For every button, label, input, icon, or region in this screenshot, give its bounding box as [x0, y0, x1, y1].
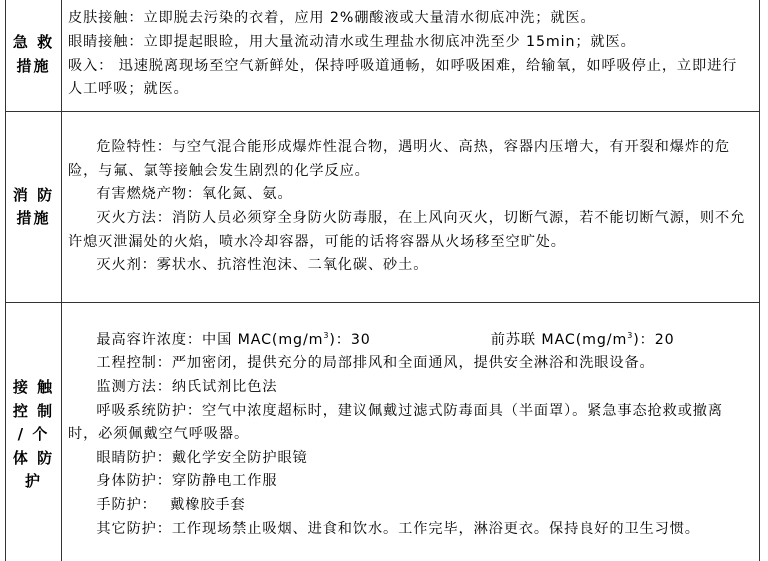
section-exposure-control: 接 触 控 制 / 个 体 防 护 最高容许浓度：中国 MAC(mg/m3)：3… — [6, 303, 760, 561]
hand-protection-text: 手防护： 戴橡胶手套 — [68, 494, 751, 518]
engineering-control-text: 工程控制：严加密闭，提供充分的局部排风和全面通风，提供安全淋浴和洗眼设备。 — [68, 352, 751, 376]
monitoring-method-text: 监测方法：纳氏试剂比色法 — [68, 376, 751, 400]
skin-contact-text: 皮肤接触：立即脱去污染的衣着，应用 2%硼酸液或大量清水彻底冲洗；就医。 — [68, 7, 751, 31]
msds-document: 急 救 措施 皮肤接触：立即脱去污染的衣着，应用 2%硼酸液或大量清水彻底冲洗；… — [5, 0, 760, 561]
extinguishing-method-text: 灭火方法：消防人员必须穿全身防火防毒服，在上风向灭火，切断气源，若不能切断气源，… — [68, 207, 751, 254]
label-line: 急 救 — [6, 31, 61, 55]
label-line: 体 防 — [6, 447, 61, 471]
label-line: 护 — [6, 470, 61, 494]
eye-contact-text: 眼睛接触：立即提起眼睑，用大量流动清水或生理盐水彻底冲洗至少 15min；就医。 — [68, 31, 751, 55]
section-label-fire-fighting: 消 防 措施 — [6, 112, 62, 303]
mac-ussr-label: 前苏联 MAC(mg/m — [491, 332, 627, 348]
safety-data-table: 急 救 措施 皮肤接触：立即脱去污染的衣着，应用 2%硼酸液或大量清水彻底冲洗；… — [5, 0, 760, 561]
section-content-exposure-control: 最高容许浓度：中国 MAC(mg/m3)：30前苏联 MAC(mg/m3)：20… — [62, 303, 760, 561]
other-protection-text: 其它防护：工作现场禁止吸烟、进食和饮水。工作完毕，淋浴更衣。保持良好的卫生习惯。 — [68, 518, 751, 542]
mac-china-label: 最高容许浓度：中国 MAC(mg/m — [96, 332, 323, 348]
section-content-first-aid: 皮肤接触：立即脱去污染的衣着，应用 2%硼酸液或大量清水彻底冲洗；就医。 眼睛接… — [62, 0, 760, 112]
label-line: 措施 — [6, 207, 61, 231]
section-first-aid: 急 救 措施 皮肤接触：立即脱去污染的衣着，应用 2%硼酸液或大量清水彻底冲洗；… — [6, 0, 760, 112]
hazard-characteristics-text: 危险特性：与空气混合能形成爆炸性混合物，遇明火、高热，容器内压增大，有开裂和爆炸… — [68, 136, 751, 183]
label-line: 消 防 — [6, 184, 61, 208]
section-label-first-aid: 急 救 措施 — [6, 0, 62, 112]
label-line: / 个 — [6, 423, 61, 447]
section-fire-fighting: 消 防 措施 危险特性：与空气混合能形成爆炸性混合物，遇明火、高热，容器内压增大… — [6, 112, 760, 303]
mac-china-value: )：30 — [329, 332, 370, 348]
max-allowable-concentration: 最高容许浓度：中国 MAC(mg/m3)：30前苏联 MAC(mg/m3)：20 — [68, 329, 751, 353]
section-content-fire-fighting: 危险特性：与空气混合能形成爆炸性混合物，遇明火、高热，容器内压增大，有开裂和爆炸… — [62, 112, 760, 303]
body-protection-text: 身体防护：穿防静电工作服 — [68, 470, 751, 494]
mac-ussr-value: )：20 — [633, 332, 674, 348]
combustion-products-text: 有害燃烧产物：氧化氮、氨。 — [68, 183, 751, 207]
label-line: 措施 — [6, 55, 61, 79]
extinguishing-agent-text: 灭火剂：雾状水、抗溶性泡沫、二氧化碳、砂土。 — [68, 254, 751, 278]
eye-protection-text: 眼睛防护：戴化学安全防护眼镜 — [68, 447, 751, 471]
section-label-exposure-control: 接 触 控 制 / 个 体 防 护 — [6, 303, 62, 561]
respiratory-protection-text: 呼吸系统防护：空气中浓度超标时，建议佩戴过滤式防毒面具（半面罩）。紧急事态抢救或… — [68, 400, 751, 447]
inhalation-text: 吸入： 迅速脱离现场至空气新鲜处，保持呼吸道通畅，如呼吸困难，给输氧，如呼吸停止… — [68, 55, 751, 102]
label-line: 控 制 — [6, 400, 61, 424]
label-line: 接 触 — [6, 376, 61, 400]
